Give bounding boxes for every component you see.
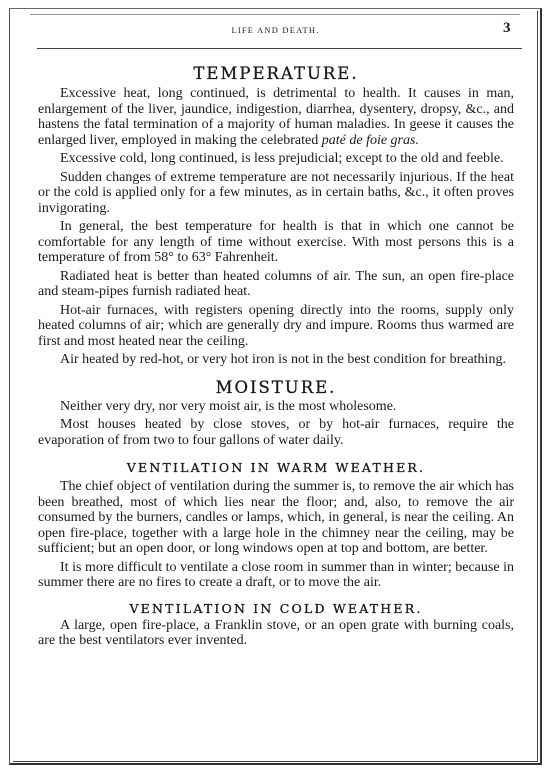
section-heading: VENTILATION IN COLD WEATHER. (38, 601, 514, 616)
paragraph: It is more difficult to ventilate a clos… (38, 560, 514, 591)
paragraph: Excessive cold, long continued, is less … (38, 151, 514, 167)
paragraph: The chief object of ventilation during t… (38, 479, 514, 557)
paragraph: Hot-air furnaces, with registers opening… (38, 303, 514, 350)
section-temperature: TEMPERATURE. Excessive heat, long contin… (38, 64, 514, 368)
paragraph: Excessive heat, long continued, is detri… (38, 86, 514, 148)
running-title: LIFE AND DEATH. (0, 25, 551, 35)
section-heading: VENTILATION IN WARM WEATHER. (38, 460, 514, 475)
paragraph: Air heated by red-hot, or very hot iron … (38, 352, 514, 368)
header-rule (37, 48, 522, 49)
page-number: 3 (503, 20, 511, 37)
section-heading: MOISTURE. (38, 378, 514, 397)
section-ventilation-cold: VENTILATION IN COLD WEATHER. A large, op… (38, 601, 514, 649)
paragraph: Neither very dry, nor very moist air, is… (38, 399, 514, 415)
italic-phrase: paté de foie gras. (322, 133, 419, 148)
section-moisture: MOISTURE. Neither very dry, nor very moi… (38, 378, 514, 449)
paragraph: Sudden changes of extreme temperature ar… (38, 170, 514, 217)
section-heading: TEMPERATURE. (38, 64, 514, 83)
paragraph: Most houses heated by close stoves, or b… (38, 417, 514, 448)
page-body: TEMPERATURE. Excessive heat, long contin… (38, 60, 514, 652)
top-rule (30, 14, 520, 15)
section-ventilation-warm: VENTILATION IN WARM WEATHER. The chief o… (38, 460, 514, 591)
paragraph: Radiated heat is better than heated colu… (38, 269, 514, 300)
paragraph: In general, the best temperature for hea… (38, 219, 514, 266)
paragraph: A large, open fire-place, a Franklin sto… (38, 618, 514, 649)
